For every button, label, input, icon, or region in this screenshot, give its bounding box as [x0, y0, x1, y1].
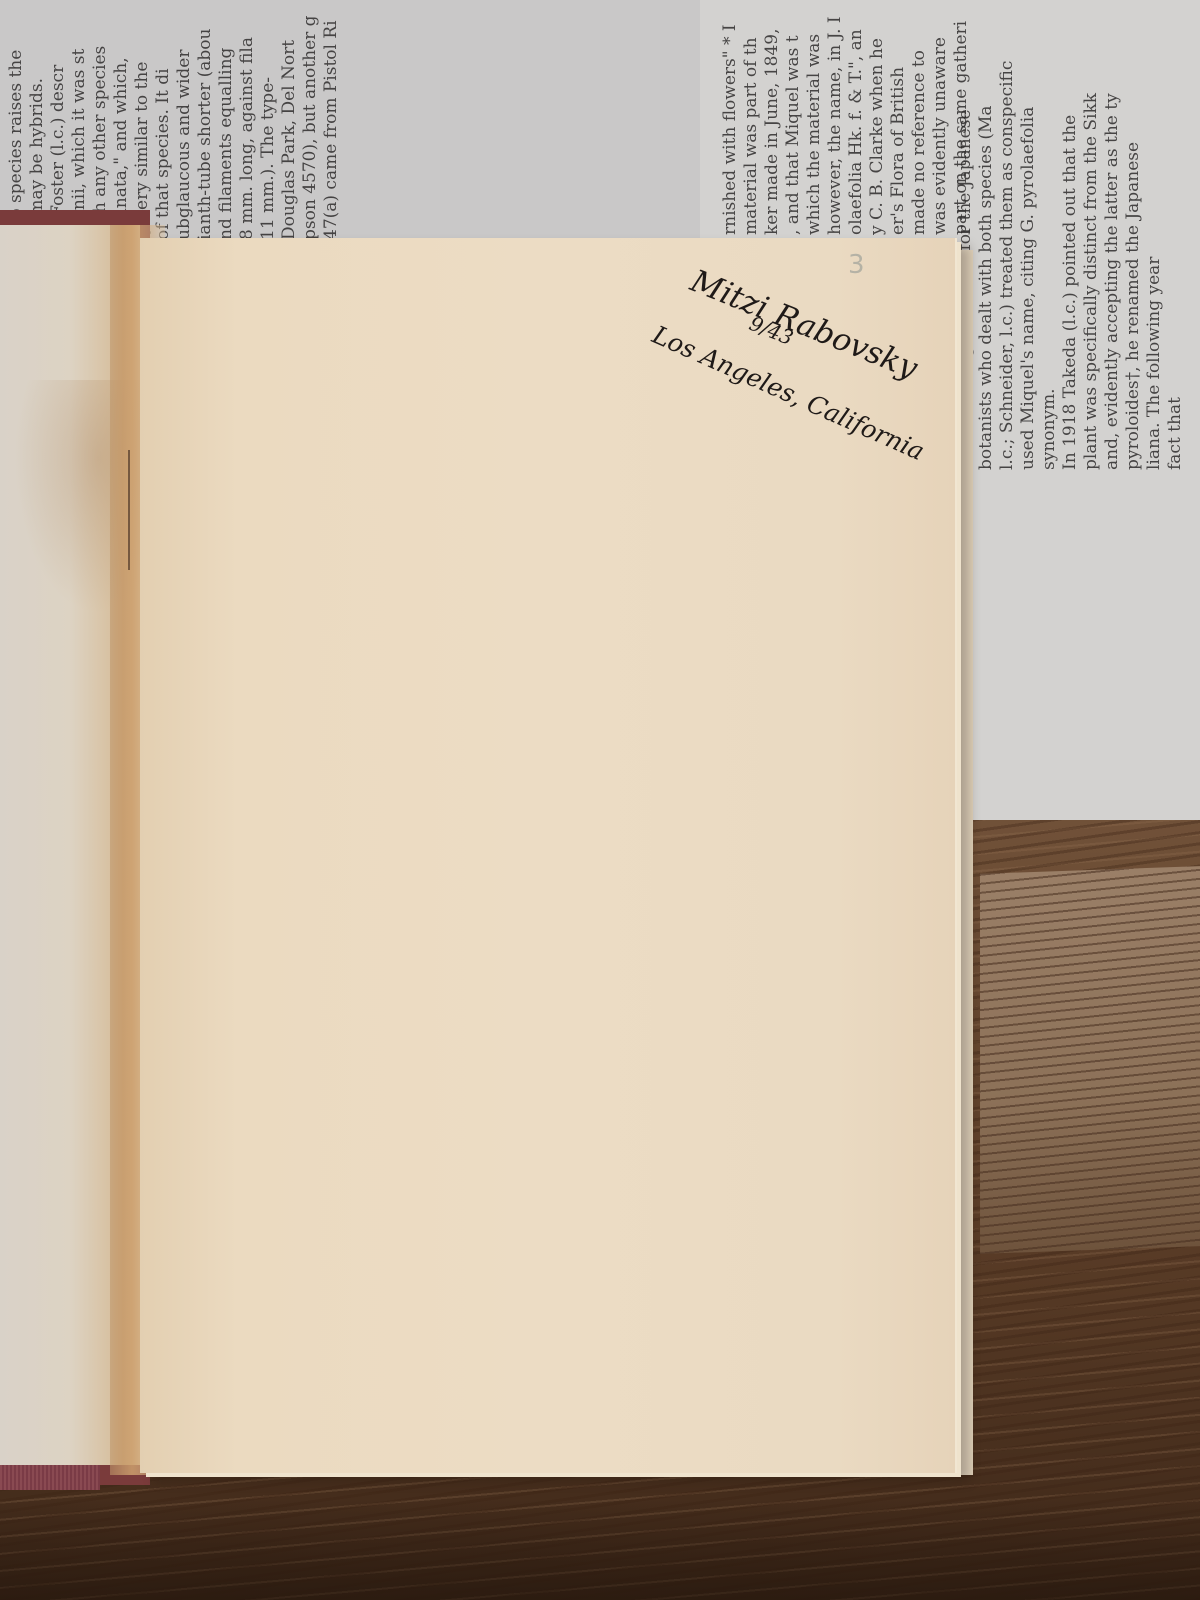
text-line: botanists who dealt with both species (M…: [976, 61, 997, 470]
text-line: er's Flora of British: [888, 16, 909, 235]
table-plank: [980, 866, 1200, 1254]
text-line: nd filaments equalling: [216, 15, 237, 240]
background-printed-page-left: two species raises the so may be hybrids…: [0, 0, 720, 245]
text-line: was evidently unaware: [930, 16, 951, 235]
text-line: and, evidently accepting the latter as t…: [1102, 61, 1123, 470]
text-line: 8 mm. long, against fila: [237, 15, 258, 240]
text-line: psonii, which it was st: [69, 15, 90, 240]
gutter-fold-line: [128, 450, 130, 570]
text-line: liana. The following year: [1144, 61, 1165, 470]
text-line: material was part of th: [741, 16, 762, 235]
text-line: made no reference to: [909, 16, 930, 235]
text-line: ianth-tube shorter (abou: [195, 15, 216, 240]
text-line: with any other species: [90, 15, 111, 240]
text-line: synonym.: [1039, 61, 1060, 470]
printed-text-left: two species raises the so may be hybrids…: [6, 15, 342, 240]
text-line: Douglas Park, Del Nort: [279, 15, 300, 240]
text-line: fact that: [1165, 61, 1186, 470]
text-line: y C. B. Clarke when he: [867, 16, 888, 235]
text-line: however, the name, in J. I: [825, 16, 846, 235]
text-line: plant was specifically distinct from the…: [1081, 61, 1102, 470]
text-line: C. Foster (l.c.) descr: [48, 15, 69, 240]
text-line: ubglaucous and wider: [174, 15, 195, 240]
text-line: , and that Miquel was t: [783, 16, 804, 235]
text-line: l.c.; Schneider, l.c.) treated them as c…: [997, 61, 1018, 470]
text-line: used Miquel's name, citing G. pyrolaefol…: [1018, 61, 1039, 470]
text-line: ly very similar to the: [132, 15, 153, 240]
text-line: 47(a) came from Pistol Ri: [321, 15, 342, 240]
text-line: ominata," and which,: [111, 15, 132, 240]
handwritten-inscription: Mitzi Rabovsky 9/43 Los Angeles, Califor…: [655, 245, 915, 445]
text-line: two species raises the: [6, 15, 27, 240]
text-line: olaefolia Hk. f. & T.", an: [846, 16, 867, 235]
printed-text-right-lower: name was in general use for the Japanese…: [955, 61, 1186, 470]
text-line: ker made in June, 1849,: [762, 16, 783, 235]
printed-text-right-upper: rnished with flowers" * I material was p…: [720, 16, 972, 235]
text-line: In 1918 Takeda (l.c.) pointed out that t…: [1060, 61, 1081, 470]
text-line: which the material was: [804, 16, 825, 235]
text-line: rnished with flowers" * I: [720, 16, 741, 235]
text-line: of that species. It di: [153, 15, 174, 240]
text-line: 11 mm.). The type-: [258, 15, 279, 240]
text-line: pson 4570), but another g: [300, 15, 321, 240]
text-line: so may be hybrids.: [27, 15, 48, 240]
table-shadow: [0, 1500, 1200, 1600]
text-line: pyroloides†, he renamed the Japanese: [1123, 61, 1144, 470]
